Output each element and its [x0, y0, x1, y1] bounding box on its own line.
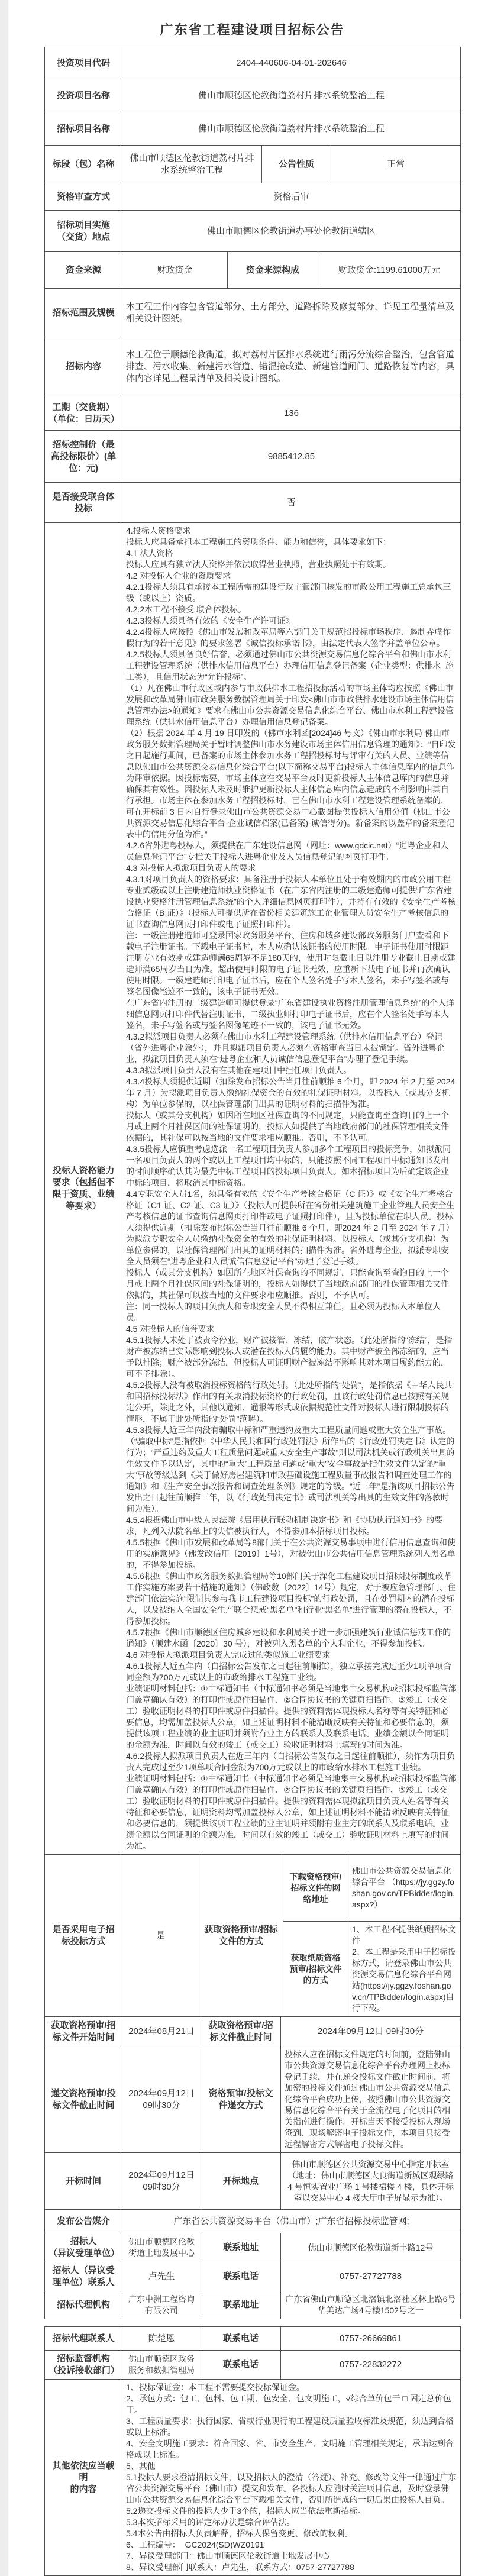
media-label: 发布公告媒介: [45, 2210, 122, 2233]
row-tender-name: 招标项目名称 佛山市顺德区伦教街道荔村片排水系统整治工程: [45, 112, 461, 146]
page-title: 广东省工程建设项目招标公告: [44, 0, 460, 38]
table-split-gap: [0, 2319, 504, 2326]
tenderer-contact-label: 招标人（异议受理单位）联系人: [45, 2262, 122, 2291]
supervisor-tel-label: 联系电话: [201, 2351, 281, 2380]
row-scope: 招标范围及规模 本工程工作内容包含管道部分、土方部分、道路拆除及修复部分，详见工…: [45, 289, 461, 337]
obtain-end-value: 2024年09月12日 09时30分: [281, 2017, 461, 2046]
row-agency: 招标代理机构 广东中洲工程咨询有限公司 联系地址 广东省佛山市顺德区北滘镇北滘社…: [45, 2291, 461, 2319]
row-section: 标段（包）名称 佛山市顺德区伦教街道荔村片排水系统整治工程 公告性质 正常: [45, 146, 461, 183]
obtain-start-value: 2024年08月21日: [122, 2017, 201, 2046]
tenderer-tel-value: 0757-27727788: [281, 2262, 461, 2291]
row-submit-deadline: 递交资格预审/投标文件截止时间 2024年09月12日 09时30分 资格预审/…: [45, 2046, 461, 2153]
control-price-label: 招标控制价（最高投标限价）(单位：元): [45, 431, 122, 483]
media-value: 广东省公共资源交易平台（佛山市）;广东省招标投标监管网;: [122, 2210, 461, 2233]
tender-name-label: 招标项目名称: [45, 112, 122, 146]
submit-method-label: 资格预审/投标文件递交方式: [201, 2046, 281, 2153]
duration-label: 工期（交货期）（单位：日历天）: [45, 396, 122, 431]
scope-label: 招标范围及规模: [45, 289, 122, 337]
electronic-bidding-label: 是否采用电子招标投标方式: [45, 1855, 122, 2017]
announcement-table: 投资项目代码 2404-440606-04-01-202646 投资项目名称 佛…: [44, 47, 461, 2319]
row-qualification-requirements: 投标人资格能力要求（包括但不限于资质、业绩等要求） 4.投标人资格要求 投标人应…: [45, 523, 461, 1855]
row-media: 发布公告媒介 广东省公共资源交易平台（佛山市）;广东省招标投标监管网;: [45, 2210, 461, 2233]
qualification-method-label: 资格审查方式: [45, 183, 122, 211]
section-name-value: 佛山市顺德区伦教街道荔村片排水系统整治工程: [122, 146, 262, 183]
row-control-price: 招标控制价（最高投标限价）(单位：元) 9885412.85: [45, 431, 461, 483]
row-funds: 资金来源 财政资金 资金来源构成 财政资金:1199.61000万元: [45, 252, 461, 289]
funds-comp-label: 资金来源构成: [228, 252, 318, 289]
agency-value: 广东中洲工程咨询有限公司: [122, 2291, 201, 2319]
obtain-start-label: 获取资格预审/招标文件开始时间: [45, 2017, 122, 2046]
download-address-label: 下载资格预审/招标文件的网络地址: [283, 1855, 348, 1921]
qualification-method-value: 资格后审: [122, 183, 461, 211]
agency-addr-value: 广东省佛山市顺德区北滘镇北滘社区林上路6号华美达广场4号楼1502号之一: [281, 2291, 461, 2319]
tenderer-value: 佛山市顺德区伦教街道土地发展中心: [122, 2233, 201, 2262]
other-content-text: 1、投标保证金：本工程不需要提交投标保证金。 2、承包方式：包工、包料、包工期、…: [122, 2380, 461, 2576]
paper-method-subrow: 获取纸质资格预审/招标文件的方式 1、本工程不提供纸质招标文件 2、本工程是采用…: [283, 1921, 460, 2016]
open-time-value: 2024年09月12日 09时30分: [122, 2153, 201, 2210]
row-invest-name: 投资项目名称 佛山市顺德区伦教街道荔村片排水系统整治工程: [45, 79, 461, 112]
submit-method-value: 投标人应在招标文件规定的时间前，登陆佛山市公共资源交易信息化综合平台办理网上投标…: [281, 2046, 461, 2153]
agency-tel-value: 0757-26669861: [281, 2327, 461, 2351]
funds-comp-value: 财政资金:1199.61000万元: [318, 252, 461, 289]
row-tenderer-contact: 招标人（异议受理单位）联系人 卢先生 联系电话 0757-27727788: [45, 2262, 461, 2291]
agency-addr-label: 联系地址: [201, 2291, 281, 2319]
funds-value: 财政资金: [122, 252, 228, 289]
row-joint-venture: 是否接受联合体投标 否: [45, 483, 461, 523]
qualification-requirements-text: 4.投标人资格要求 投标人应具备承担本工程施工的资质条件、能力和信誉，具体要求如…: [122, 523, 461, 1855]
tenderer-addr-label: 联系地址: [201, 2233, 281, 2262]
control-price-value: 9885412.85: [122, 431, 461, 483]
download-address-value: 佛山市公共资源交易信息化综合平台 （https://jy.ggzy.foshan…: [348, 1855, 460, 1921]
row-obtain-time: 获取资格预审/招标文件开始时间 2024年08月21日 获取资格预审/招标文件截…: [45, 2017, 461, 2046]
agency-tel-label: 联系电话: [201, 2327, 281, 2351]
obtain-method-label: 获取资格预审/招标文件的方式: [199, 1855, 283, 2017]
supervisor-tel-value: 0757-22832272: [281, 2351, 461, 2380]
row-content: 招标内容 本工程位于顺德伦教街道，拟对荔村片区排水系统进行雨污分流综合整治，包含…: [45, 337, 461, 396]
scope-value: 本工程工作内容包含管道部分、土方部分、道路拆除及修复部分，详见工程量清单及相关设…: [122, 289, 461, 337]
agency-contact-label: 招标代理联系人: [45, 2327, 122, 2351]
obtain-method-detail: 下载资格预审/招标文件的网络地址 佛山市公共资源交易信息化综合平台 （https…: [283, 1855, 461, 2017]
tenderer-addr-value: 佛山市顺德区伦教街道新丰路12号: [281, 2233, 461, 2262]
supervisor-label: 招标监督机构 （投诉接收部门）: [45, 2351, 122, 2380]
submit-deadline-label: 递交资格预审/投标文件截止时间: [45, 2046, 122, 2153]
row-supervisor: 招标监督机构 （投诉接收部门） 佛山市顺德区政务服务和数据管理局 联系电话 07…: [45, 2351, 461, 2380]
page-left-margin-strip: [0, 0, 8, 2576]
duration-value: 136: [122, 396, 461, 431]
invest-name-value: 佛山市顺德区伦教街道荔村片排水系统整治工程: [122, 79, 461, 112]
supervisor-value: 佛山市顺德区政务服务和数据管理局: [122, 2351, 201, 2380]
row-other-content: 其他依法应当载明 的内容 1、投标保证金：本工程不需要提交投标保证金。 2、承包…: [45, 2380, 461, 2576]
content-label: 招标内容: [45, 337, 122, 396]
project-code-value: 2404-440606-04-01-202646: [122, 47, 461, 79]
invest-name-label: 投资项目名称: [45, 79, 122, 112]
tenderer-label: 招标人 （异议受理单位）: [45, 2233, 122, 2262]
paper-method-label: 获取纸质资格预审/招标文件的方式: [283, 1922, 348, 2016]
open-place-label: 开标地点: [201, 2153, 281, 2210]
funds-label: 资金来源: [45, 252, 122, 289]
announcement-page: 广东省工程建设项目招标公告 投资项目代码 2404-440606-04-01-2…: [0, 0, 504, 2576]
row-electronic-bidding: 是否采用电子招标投标方式 是 获取资格预审/招标文件的方式 下载资格预审/招标文…: [45, 1855, 461, 2017]
row-location: 招标项目实施（交货）地点 佛山市顺德区伦教街道办事处伦教街道辖区: [45, 211, 461, 252]
project-code-label: 投资项目代码: [45, 47, 122, 79]
obtain-end-label: 获取资格预审/招标文件截止时间: [201, 2017, 281, 2046]
agency-label: 招标代理机构: [45, 2291, 122, 2319]
row-qualification-method: 资格审查方式 资格后审: [45, 183, 461, 211]
notice-nature-label: 公告性质: [262, 146, 331, 183]
submit-deadline-value: 2024年09月12日 09时30分: [122, 2046, 201, 2153]
joint-venture-label: 是否接受联合体投标: [45, 483, 122, 523]
tender-name-value: 佛山市顺德区伦教街道荔村片排水系统整治工程: [122, 112, 461, 146]
content-value: 本工程位于顺德伦教街道，拟对荔村片区排水系统进行雨污分流综合整治，包含管道排查、…: [122, 337, 461, 396]
row-tenderer: 招标人 （异议受理单位） 佛山市顺德区伦教街道土地发展中心 联系地址 佛山市顺德…: [45, 2233, 461, 2262]
row-duration: 工期（交货期）（单位：日历天） 136: [45, 396, 461, 431]
location-value: 佛山市顺德区伦教街道办事处伦教街道辖区: [122, 211, 461, 252]
joint-venture-value: 否: [122, 483, 461, 523]
row-agency-contact: 招标代理联系人 陈楚恩 联系电话 0757-26669861: [45, 2327, 461, 2351]
section-label: 标段（包）名称: [45, 146, 122, 183]
tenderer-contact-value: 卢先生: [122, 2262, 201, 2291]
open-time-label: 开标时间: [45, 2153, 122, 2210]
qualification-requirements-label: 投标人资格能力要求（包括但不限于资质、业绩等要求）: [45, 523, 122, 1855]
paper-method-value: 1、本工程不提供纸质招标文件 2、本工程是采用电子招标投标方式，请登录佛山市公共…: [348, 1922, 460, 2016]
tenderer-tel-label: 联系电话: [201, 2262, 281, 2291]
download-address-subrow: 下载资格预审/招标文件的网络地址 佛山市公共资源交易信息化综合平台 （https…: [283, 1855, 460, 1921]
announcement-table-lower: 招标代理联系人 陈楚恩 联系电话 0757-26669861 招标监督机构 （投…: [44, 2326, 461, 2576]
other-content-label: 其他依法应当载明 的内容: [45, 2380, 122, 2576]
open-place-value: 佛山市顺德区公共资源交易中心指定开标室（地址：佛山市顺德区大良街道新城区观绿路 …: [281, 2153, 461, 2210]
row-project-code: 投资项目代码 2404-440606-04-01-202646: [45, 47, 461, 79]
electronic-bidding-value: 是: [122, 1855, 199, 2017]
row-bid-opening: 开标时间 2024年09月12日 09时30分 开标地点 佛山市顺德区公共资源交…: [45, 2153, 461, 2210]
notice-nature-value: 正常: [331, 146, 461, 183]
location-label: 招标项目实施（交货）地点: [45, 211, 122, 252]
agency-contact-value: 陈楚恩: [122, 2327, 201, 2351]
